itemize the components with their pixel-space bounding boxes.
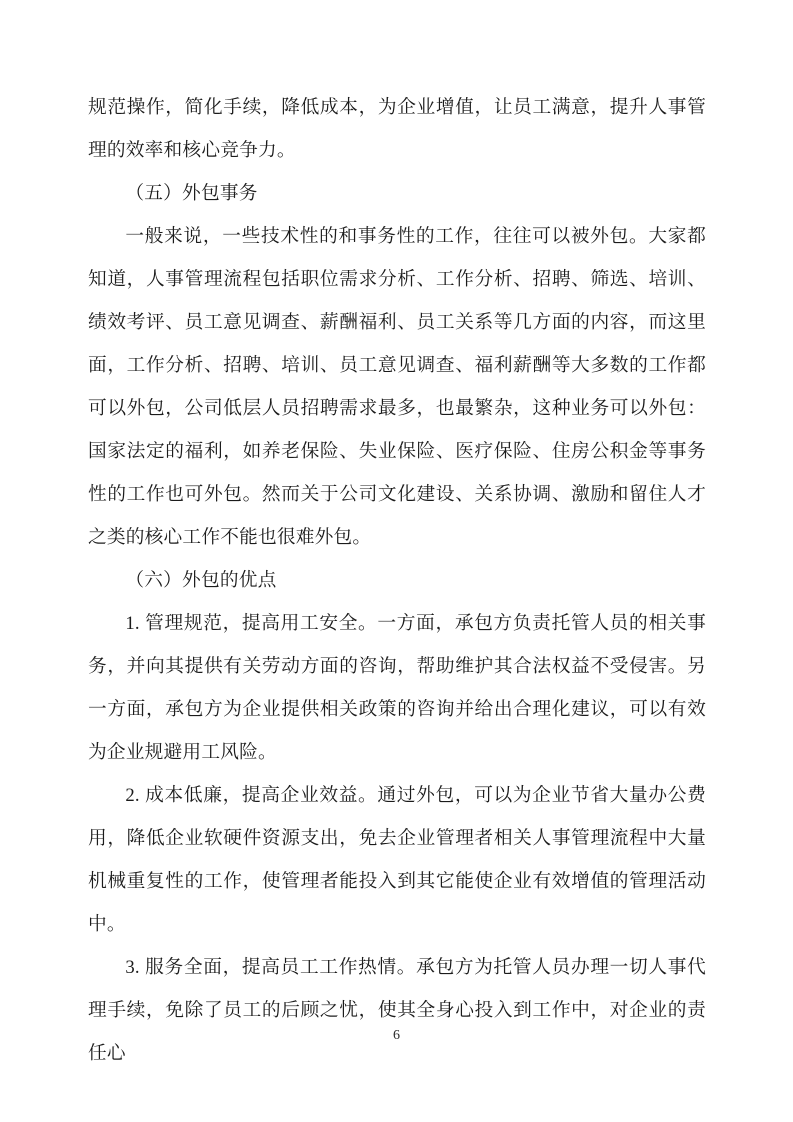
document-body: 规范操作，简化手续，降低成本，为企业增值，让员工满意，提升人事管理的效率和核心竞… [88, 86, 706, 1075]
paragraph-continuation: 规范操作，简化手续，降低成本，为企业增值，让员工满意，提升人事管理的效率和核心竞… [88, 86, 706, 172]
document-page: 规范操作，简化手续，降低成本，为企业增值，让员工满意，提升人事管理的效率和核心竞… [0, 0, 793, 1122]
section-heading-outsourcing-affairs: （五）外包事务 [88, 172, 706, 215]
paragraph-advantage-2: 2. 成本低廉，提高企业效益。通过外包，可以为企业节省大量办公费用，降低企业软硬… [88, 774, 706, 946]
section-heading-outsourcing-advantages: （六）外包的优点 [88, 559, 706, 602]
page-number: 6 [0, 1026, 793, 1046]
paragraph-outsourcing-affairs: 一般来说，一些技术性的和事务性的工作，往往可以被外包。大家都知道，人事管理流程包… [88, 215, 706, 559]
paragraph-advantage-3: 3. 服务全面，提高员工工作热情。承包方为托管人员办理一切人事代理手续，免除了员… [88, 946, 706, 1075]
paragraph-advantage-1: 1. 管理规范，提高用工安全。一方面，承包方负责托管人员的相关事务，并向其提供有… [88, 602, 706, 774]
